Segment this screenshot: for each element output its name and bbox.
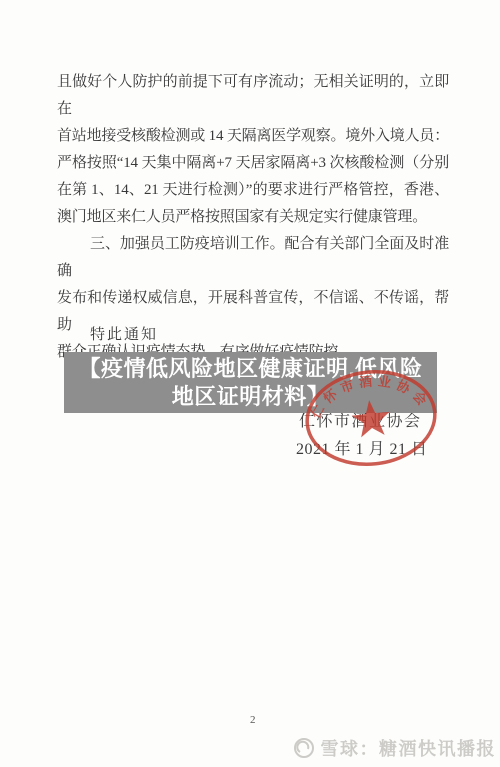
snowball-logo-icon — [293, 737, 315, 759]
document-body: 且做好个人防护的前提下可有序流动；无相关证明的，立即在 首站地接受核酸检测或 1… — [57, 69, 449, 366]
body-line: 首站地接受核酸检测或 14 天隔离医学观察。境外入境人员： — [57, 123, 449, 150]
document-page: 且做好个人防护的前提下可有序流动；无相关证明的，立即在 首站地接受核酸检测或 1… — [0, 0, 500, 767]
body-line: 且做好个人防护的前提下可有序流动；无相关证明的，立即在 — [57, 69, 449, 123]
official-seal: 仁怀市酒业协会 — [298, 361, 444, 475]
seal-star-icon — [350, 398, 392, 438]
watermark: 雪球：糖酒快讯播报 — [293, 735, 497, 761]
watermark-text: 雪球：糖酒快讯播报 — [321, 735, 497, 761]
body-line: 在第 1、14、21 天进行检测）”的要求进行严格管控，香港、 — [57, 177, 449, 204]
closing-text: 特此通知 — [90, 323, 158, 344]
body-line: 三、加强员工防疫培训工作。配合有关部门全面及时准确 — [57, 231, 449, 285]
body-line: 澳门地区来仁人员严格按照国家有关规定实行健康管理。 — [57, 204, 449, 231]
page-number: 2 — [250, 714, 256, 726]
body-line: 严格按照“14 天集中隔离+7 天居家隔离+3 次核酸检测（分别 — [57, 150, 449, 177]
seal-graphic: 仁怀市酒业协会 — [298, 361, 444, 475]
